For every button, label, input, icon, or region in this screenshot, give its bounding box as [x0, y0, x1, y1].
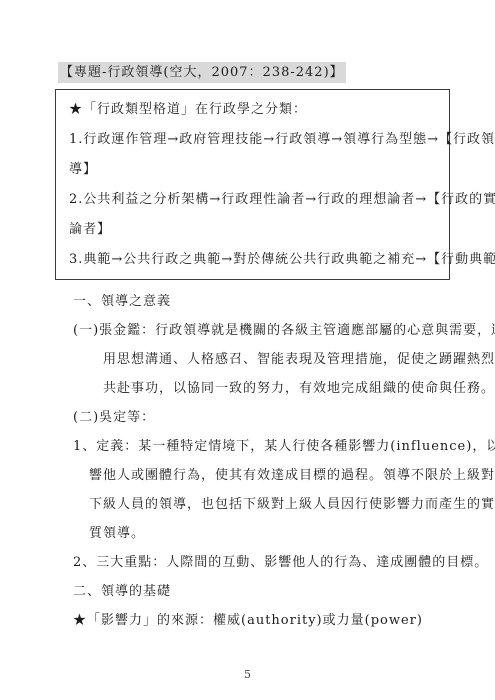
summary-box: ★「行政類型格道」在行政學之分類： 1.行政運作管理→政府管理技能→行政領導→領…	[55, 89, 450, 280]
summary-box-line: 2.公共利益之分析架構→行政理性論者→行政的理想論者→【行政的實務	[69, 185, 439, 215]
document-page: 【專題-行政領導(空大，2007：238-242)】 ★「行政類型格道」在行政學…	[0, 0, 495, 700]
summary-box-line: 3.典範→公共行政之典範→對於傳統公共行政典範之補充→【行動典範】	[69, 245, 439, 275]
body-line: 2、三大重點：人際間的互動、影響他人的行為、達成團體的目標。	[73, 548, 465, 577]
summary-box-line: 論者】	[69, 215, 439, 245]
body-line: (一)張金鑑：行政領導就是機關的各級主管適應部屬的心意與需要，運	[73, 316, 465, 345]
summary-box-line: 1.行政運作管理→政府管理技能→行政領導→領導行為型態→【行政領	[69, 125, 439, 155]
body-line: (二)吳定等：	[73, 403, 465, 432]
body-text: 一、領導之意義 (一)張金鑑：行政領導就是機關的各級主管適應部屬的心意與需要，運…	[73, 287, 465, 635]
summary-box-heading: ★「行政類型格道」在行政學之分類：	[69, 95, 439, 125]
body-line: 下級人員的領導，也包括下級對上級人員因行使影響力而產生的實	[73, 490, 465, 519]
body-heading-1: 一、領導之意義	[73, 287, 465, 316]
summary-box-line: 導】	[69, 155, 439, 185]
page-title: 【專題-行政領導(空大，2007：238-242)】	[58, 61, 455, 80]
body-line: 共赴事功，以協同一致的努力，有效地完成組織的使命與任務。	[73, 374, 465, 403]
body-line: 1、定義：某一種特定情境下，某人行使各種影響力(influence)，以影	[73, 432, 465, 461]
body-line: 用思想溝通、人格感召、智能表現及管理措施，促使之踴躍熱烈的	[73, 345, 465, 374]
page-number: 5	[0, 668, 495, 681]
body-line: 響他人或團體行為，使其有效達成目標的過程。領導不限於上級對	[73, 461, 465, 490]
highlighted-title-text: 【專題-行政領導(空大，2007：238-242)】	[58, 62, 346, 83]
body-line: 質領導。	[73, 519, 465, 548]
body-heading-2: 二、領導的基礎	[73, 577, 465, 606]
body-line: ★「影響力」的來源：權威(authority)或力量(power)	[73, 606, 465, 635]
